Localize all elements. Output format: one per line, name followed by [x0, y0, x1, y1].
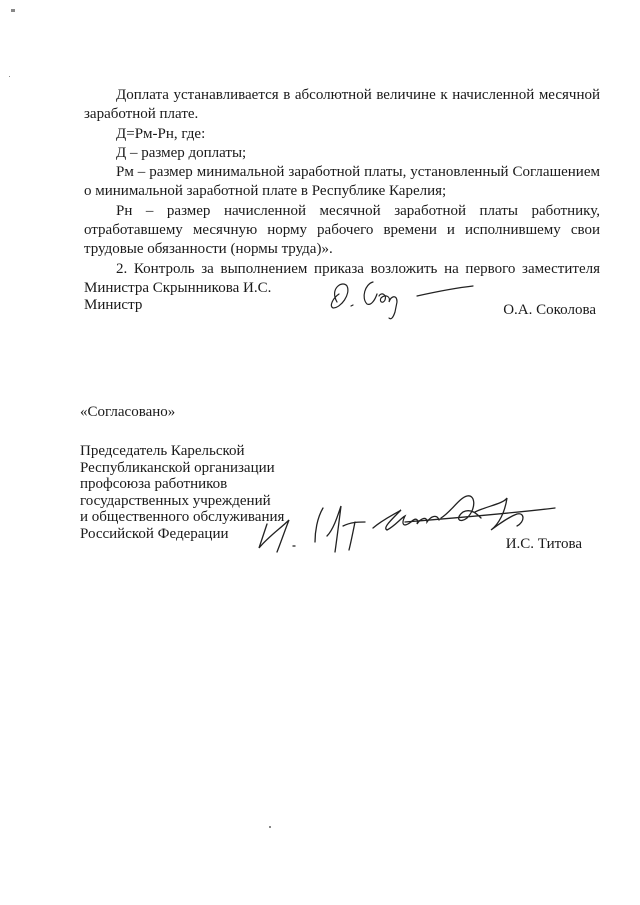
- body-text: Доплата устанавливается в абсолютной вел…: [84, 86, 600, 298]
- org-line: и общественного обслуживания: [80, 509, 284, 526]
- minister-handwritten-signature: [325, 272, 485, 322]
- minister-name: О.А. Соколова: [503, 302, 596, 319]
- approval-label: «Согласовано»: [80, 404, 175, 421]
- scan-speck: [269, 826, 271, 828]
- paragraph-formula: Д=Рм-Рн, где:: [84, 125, 600, 144]
- union-organization-block: Председатель Карельской Республиканской …: [80, 443, 284, 543]
- org-line: государственных учреждений: [80, 493, 284, 510]
- document-page: Доплата устанавливается в абсолютной вел…: [0, 0, 640, 905]
- paragraph-surcharge-rule: Доплата устанавливается в абсолютной вел…: [84, 86, 600, 125]
- org-line: Республиканской организации: [80, 460, 284, 477]
- paragraph-rn-definition: Рн – размер начисленной месячной заработ…: [84, 202, 600, 260]
- scan-speck: [11, 9, 15, 12]
- paragraph-d-definition: Д – размер доплаты;: [84, 144, 600, 163]
- org-line: Председатель Карельской: [80, 443, 284, 460]
- paragraph-rm-definition: Рм – размер минимальной заработной платы…: [84, 163, 600, 202]
- minister-title: Министр: [84, 297, 142, 314]
- scan-speck: [9, 76, 10, 77]
- org-line: профсоюза работников: [80, 476, 284, 493]
- org-line: Российской Федерации: [80, 526, 284, 543]
- chairman-handwritten-signature: [255, 488, 595, 558]
